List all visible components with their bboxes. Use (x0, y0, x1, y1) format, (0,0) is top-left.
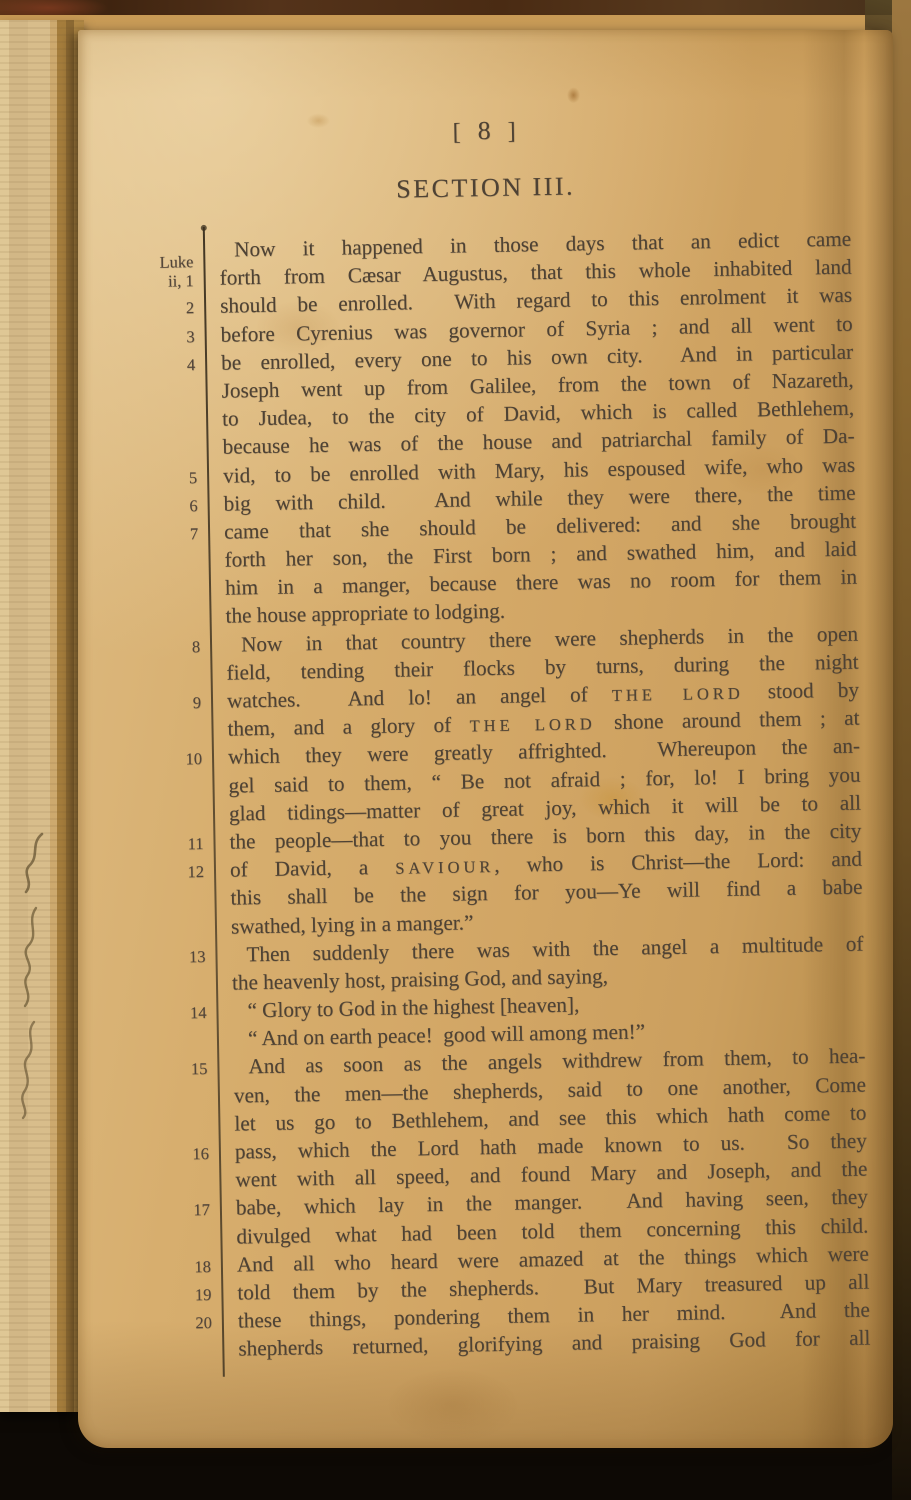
page-edges-stack (0, 20, 84, 1412)
verse-number (89, 821, 212, 823)
verse-number (93, 1046, 216, 1048)
verse-number (85, 567, 208, 569)
margin-reference: Lukeii, 1 (159, 252, 194, 291)
verse-number: 15 (93, 1055, 216, 1085)
verse-number: 10 (88, 745, 211, 775)
page-number: [8] (77, 109, 892, 154)
verse-number (83, 454, 206, 456)
page-number-value: 8 (477, 116, 492, 145)
verse-number: 11 (89, 830, 212, 860)
book-page: [8] SECTION III. Lukeii, 1Now it happene… (78, 30, 893, 1448)
verse-number (91, 933, 214, 935)
marginalia-ink-marks (12, 830, 52, 1120)
scripture-lines: Lukeii, 1Now it happened in those days t… (79, 224, 911, 1366)
verse-number (86, 623, 209, 625)
bracket-right: ] (507, 118, 516, 144)
verse-number: 3 (80, 323, 203, 353)
bracket-left: [ (452, 119, 461, 145)
small-caps-sacred-name: saviour (395, 857, 494, 878)
verse-number: 18 (97, 1253, 220, 1283)
verse-number (99, 1356, 222, 1358)
verse-number: Lukeii, 1 (79, 257, 202, 259)
verse-number (88, 736, 211, 738)
verse-number: 19 (97, 1281, 220, 1311)
verse-number: 13 (91, 943, 214, 973)
verse-number: 7 (84, 520, 207, 550)
small-caps-sacred-name: the lord (612, 684, 744, 705)
book-photo: [8] SECTION III. Lukeii, 1Now it happene… (0, 0, 911, 1500)
verse-number (85, 595, 208, 597)
verse-number (87, 680, 210, 682)
verse-number: 17 (96, 1196, 219, 1226)
verse-number (82, 426, 205, 428)
section-heading: SECTION III. (78, 166, 893, 210)
verse-number: 6 (83, 492, 206, 522)
small-caps-sacred-name: the lord (469, 714, 595, 735)
verse-number (82, 398, 205, 400)
verse-number (94, 1102, 217, 1104)
verse-number: 12 (90, 858, 213, 888)
verse-number: 9 (87, 689, 210, 719)
verse-number: 16 (95, 1140, 218, 1170)
verse-number: 2 (80, 294, 203, 324)
verse-number: 5 (83, 463, 206, 493)
verse-number (95, 1131, 218, 1133)
verse-number (97, 1243, 220, 1245)
verse-number: 4 (81, 351, 204, 381)
printed-content: [8] SECTION III. Lukeii, 1Now it happene… (75, 23, 911, 1366)
verse-number: 20 (98, 1309, 221, 1339)
verse-number: 8 (86, 633, 209, 663)
verse-number (92, 990, 215, 992)
verse-number (89, 792, 212, 794)
verse-number (96, 1187, 219, 1189)
verse-number: 14 (92, 999, 215, 1029)
verse-number (91, 905, 214, 907)
